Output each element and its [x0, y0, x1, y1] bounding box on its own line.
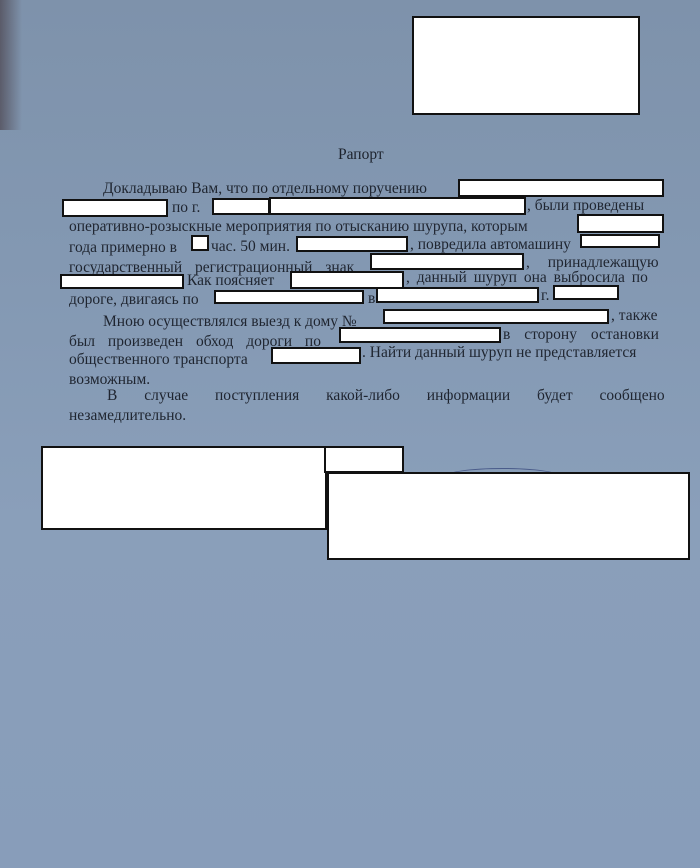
- redacted-field: [376, 287, 539, 303]
- body-text: в: [368, 291, 375, 307]
- redacted-field: [383, 309, 609, 324]
- body-text: года примерно в: [69, 240, 177, 256]
- body-text: по г.: [172, 200, 200, 216]
- body-text: возможным.: [69, 372, 150, 388]
- body-text: . Найти данный шуруп не представляется: [362, 345, 636, 361]
- body-text: г.: [541, 288, 549, 304]
- redacted-field: [212, 198, 270, 215]
- redacted-field: [553, 285, 619, 300]
- document-title: Рапорт: [338, 146, 384, 164]
- redacted-field: [269, 197, 526, 215]
- redacted-signatory-position: [41, 446, 327, 530]
- redacted-field: [339, 327, 501, 343]
- body-text: час. 50 мин.: [211, 239, 290, 255]
- redacted-field: [577, 214, 664, 233]
- redacted-field: [191, 235, 209, 251]
- redacted-field: [271, 347, 361, 364]
- page-edge-shadow: [0, 0, 22, 130]
- body-text: Докладываю Вам, что по отдельному поруче…: [103, 181, 427, 197]
- body-text: , также: [611, 308, 658, 324]
- body-text: , были проведены: [527, 198, 644, 214]
- body-text: дороге, двигаясь по: [69, 292, 199, 308]
- body-text: , данный шуруп она выбросила по: [406, 270, 648, 286]
- redacted-field: [458, 179, 664, 197]
- redacted-signature-name: [327, 472, 690, 560]
- body-text: В случае поступления какой-либо информац…: [107, 388, 665, 404]
- body-text: , повредила автомашину: [410, 237, 571, 253]
- redacted-field: [214, 290, 364, 304]
- redacted-field: [296, 236, 408, 252]
- redacted-addressee: [412, 16, 640, 115]
- redacted-field: [370, 253, 524, 270]
- body-text: оперативно-розыскные мероприятия по отыс…: [69, 219, 528, 235]
- body-text: в сторону остановки: [503, 327, 659, 343]
- body-text: Мною осуществлялся выезд к дому №: [103, 314, 357, 330]
- redacted-field: [580, 234, 660, 248]
- redacted-field: [62, 199, 168, 217]
- body-text: Как поясняет: [187, 273, 274, 289]
- body-text: общественного транспорта: [69, 352, 248, 368]
- redacted-rank: [324, 446, 404, 473]
- body-text: незамедлительно.: [69, 408, 186, 424]
- redacted-field: [60, 274, 184, 289]
